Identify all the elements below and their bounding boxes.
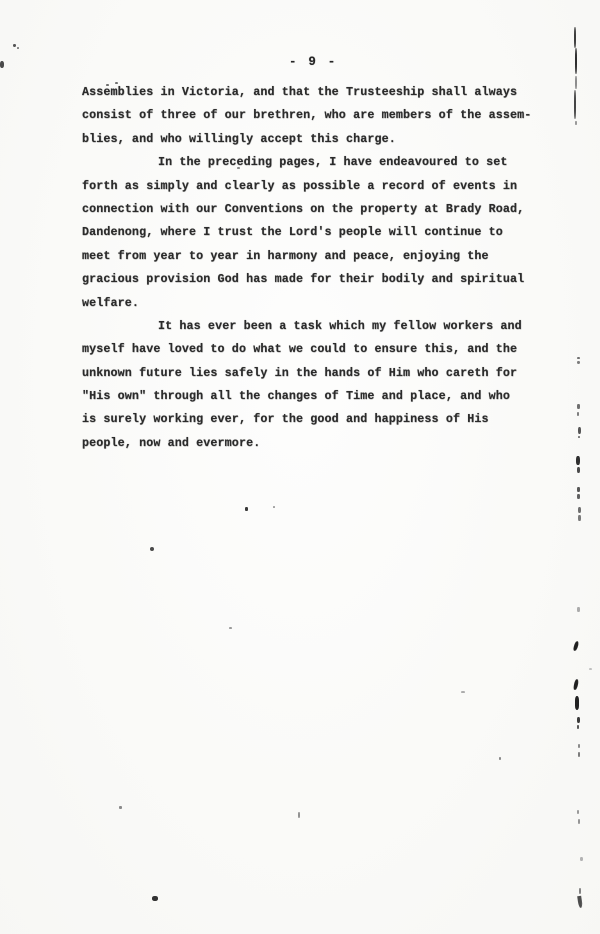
scan-speck <box>577 404 580 409</box>
scan-speck <box>152 896 158 901</box>
text-line: forth as simply and clearly as possible … <box>82 175 542 198</box>
scan-speck <box>150 547 154 551</box>
scan-speck <box>578 436 580 438</box>
comma-mark <box>573 641 579 652</box>
scan-speck <box>245 507 248 511</box>
scan-speck <box>577 357 580 359</box>
scan-speck <box>577 810 579 814</box>
scan-speck <box>578 819 580 824</box>
scan-speck <box>580 857 583 861</box>
scan-speck <box>119 806 122 809</box>
text-line: people, now and evermore. <box>82 432 542 455</box>
document-page: - 9 - Assemblies in Victoria, and that t… <box>0 0 600 934</box>
scan-speck <box>273 506 275 508</box>
scan-speck <box>577 412 579 416</box>
scan-speck <box>577 467 580 473</box>
binding-line-segment <box>575 76 577 89</box>
scan-speck <box>576 456 580 465</box>
scan-speck <box>579 888 581 894</box>
scan-speck <box>578 752 580 757</box>
scan-speck <box>578 515 581 521</box>
scan-speck <box>229 627 232 629</box>
scan-speck <box>298 812 300 818</box>
text-line: "His own" through all the changes of Tim… <box>82 385 542 408</box>
binding-line-segment <box>575 121 577 125</box>
text-line: consist of three of our brethren, who ar… <box>82 104 542 127</box>
scan-speck <box>577 607 580 612</box>
text-line: Dandenong, where I trust the Lord's peop… <box>82 221 542 244</box>
scan-speck <box>578 507 581 513</box>
text-line: unknown future lies safely in the hands … <box>82 362 542 385</box>
edge-mark <box>0 61 4 68</box>
scan-speck <box>577 725 579 729</box>
scan-speck <box>499 757 501 760</box>
text-line: connection with our Conventions on the p… <box>82 198 542 221</box>
hook-mark <box>577 896 582 908</box>
text-line: meet from year to year in harmony and pe… <box>82 245 542 268</box>
text-line: Assemblies in Victoria, and that the Tru… <box>82 81 542 104</box>
text-line-paragraph-start: In the preceding pages, I have endeavour… <box>82 151 542 174</box>
body-text: Assemblies in Victoria, and that the Tru… <box>82 81 542 455</box>
scan-speck <box>578 427 581 434</box>
binding-line-segment <box>574 90 576 119</box>
binding-line-segment <box>575 48 577 74</box>
scan-speck <box>589 668 592 670</box>
text-line: myself have loved to do what we could to… <box>82 338 542 361</box>
scan-speck <box>461 691 465 693</box>
text-line-paragraph-start: It has ever been a task which my fellow … <box>82 315 542 338</box>
scan-speck <box>577 361 580 364</box>
binding-line-segment <box>574 27 576 48</box>
scan-speck <box>577 717 580 723</box>
scan-speck <box>17 47 19 49</box>
scan-speck <box>577 487 580 492</box>
scan-speck <box>13 44 16 47</box>
text-line: is surely working ever, for the good and… <box>82 408 542 431</box>
scan-speck <box>577 494 580 499</box>
text-line: blies, and who willingly accept this cha… <box>82 128 542 151</box>
comma-mark <box>573 679 578 690</box>
paren-mark <box>575 696 579 710</box>
text-line: gracious provision God has made for thei… <box>82 268 542 291</box>
text-line: welfare. <box>82 292 542 315</box>
page-number: - 9 - <box>289 54 338 70</box>
scan-speck <box>578 744 580 748</box>
